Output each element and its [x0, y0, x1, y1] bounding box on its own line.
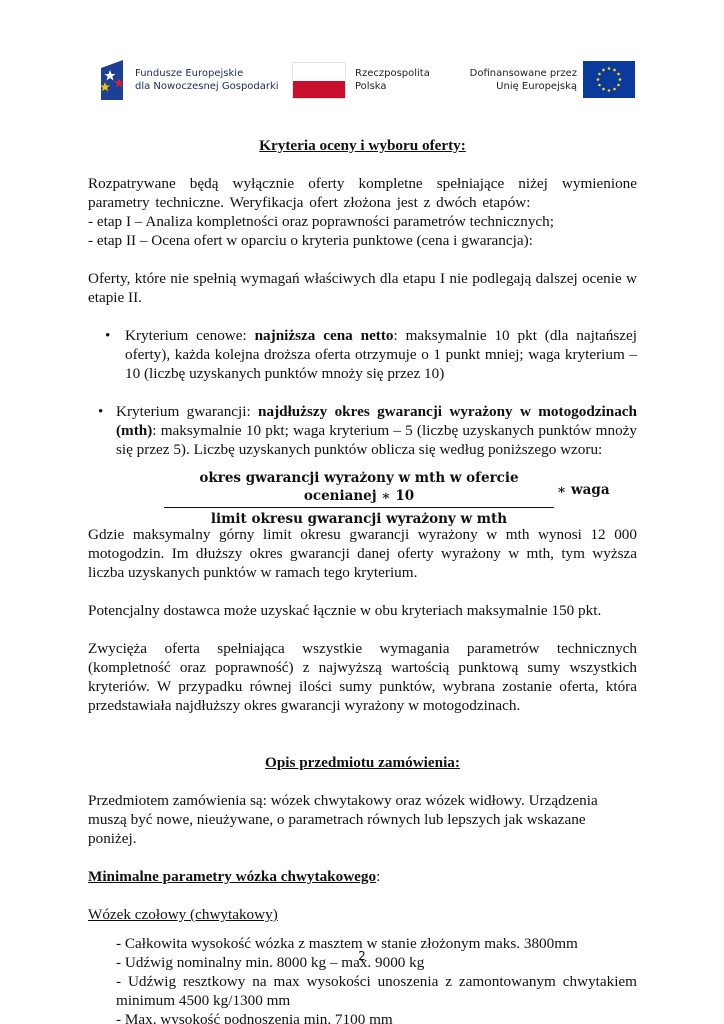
scoring-formula: okres gwarancji wyrażony w mth w ofercie…: [88, 469, 637, 515]
criterion-warranty-prefix: Kryterium gwarancji:: [116, 403, 258, 420]
winner-note: Zwycięża oferta spełniająca wszystkie wy…: [88, 639, 637, 715]
logo-rp-line1: Rzeczpospolita: [355, 68, 430, 81]
page-number: 2: [0, 949, 724, 963]
criteria-intro: Rozpatrywane będą wyłącznie oferty kompl…: [88, 174, 637, 212]
max-points-note: Potencjalny dostawca może uzyskać łączni…: [88, 601, 637, 620]
criterion-warranty-text: : maksymalnie 10 pkt; waga kryterium – 5…: [116, 422, 637, 458]
min-params-heading-colon: :: [376, 868, 380, 885]
criterion-price-bold: najniższa cena netto: [255, 327, 394, 344]
spec-list: - Całkowita wysokość wózka z masztem w s…: [88, 934, 637, 1024]
fundusze-europejskie-icon: [97, 58, 127, 102]
order-intro: Przedmiotem zamówienia są: wózek chwytak…: [88, 791, 637, 848]
limit-note: Gdzie maksymalny górny limit okresu gwar…: [88, 525, 637, 582]
logo-fundusze-europejskie: Fundusze Europejskie dla Nowoczesnej Gos…: [95, 56, 285, 104]
stage-2: - etap II – Ocena ofert w oparciu o kryt…: [88, 231, 637, 250]
stage-1: - etap I – Analiza kompletności oraz pop…: [88, 212, 637, 231]
formula-denominator: limit okresu gwarancji wyrażony w mth: [164, 508, 554, 529]
logo-fe-line2: dla Nowoczesnej Gospodarki: [135, 81, 279, 94]
bullet-icon: •: [105, 326, 110, 345]
min-params-heading-text: Minimalne parametry wózka chwytakowego: [88, 868, 376, 885]
formula-fraction: okres gwarancji wyrażony w mth w ofercie…: [164, 469, 554, 529]
logo-unia-europejska: Dofinansowane przez Unię Europejską: [467, 56, 635, 104]
formula-numerator: okres gwarancji wyrażony w mth w ofercie…: [164, 469, 554, 507]
document-page: Fundusze Europejskie dla Nowoczesnej Gos…: [0, 0, 724, 1024]
criterion-price: • Kryterium cenowe: najniższa cena netto…: [88, 326, 637, 383]
formula-multiplier: ∗ waga: [557, 481, 610, 500]
spec-item: - Udźwig resztkowy na max wysokości unos…: [116, 972, 637, 1010]
section-title-criteria: Kryteria oceny i wyboru oferty:: [88, 136, 637, 155]
criteria-list: • Kryterium cenowe: najniższa cena netto…: [88, 326, 637, 459]
logo-rp-line2: Polska: [355, 81, 430, 94]
logo-rzeczpospolita-polska: Rzeczpospolita Polska: [292, 56, 442, 104]
logo-eu-line2: Unię Europejską: [470, 81, 577, 94]
spec-item: - Max. wysokość podnoszenia min. 7100 mm: [116, 1010, 637, 1024]
document-body: Kryteria oceny i wyboru oferty: Rozpatry…: [88, 136, 637, 1024]
criterion-price-prefix: Kryterium cenowe:: [125, 327, 255, 344]
min-params-heading: Minimalne parametry wózka chwytakowego:: [88, 867, 637, 886]
header-logos: Fundusze Europejskie dla Nowoczesnej Gos…: [95, 56, 635, 104]
bullet-icon: •: [98, 402, 103, 421]
criterion-warranty: • Kryterium gwarancji: najdłuższy okres …: [88, 402, 637, 459]
logo-fe-line1: Fundusze Europejskie: [135, 68, 279, 81]
stage-note: Oferty, które nie spełnią wymagań właści…: [88, 269, 637, 307]
section-title-order: Opis przedmiotu zamówienia:: [88, 753, 637, 772]
vehicle-type: Wózek czołowy (chwytakowy): [88, 905, 637, 924]
eu-flag-icon: [583, 61, 635, 98]
logo-eu-line1: Dofinansowane przez: [470, 68, 577, 81]
polish-flag-icon: [292, 62, 346, 99]
